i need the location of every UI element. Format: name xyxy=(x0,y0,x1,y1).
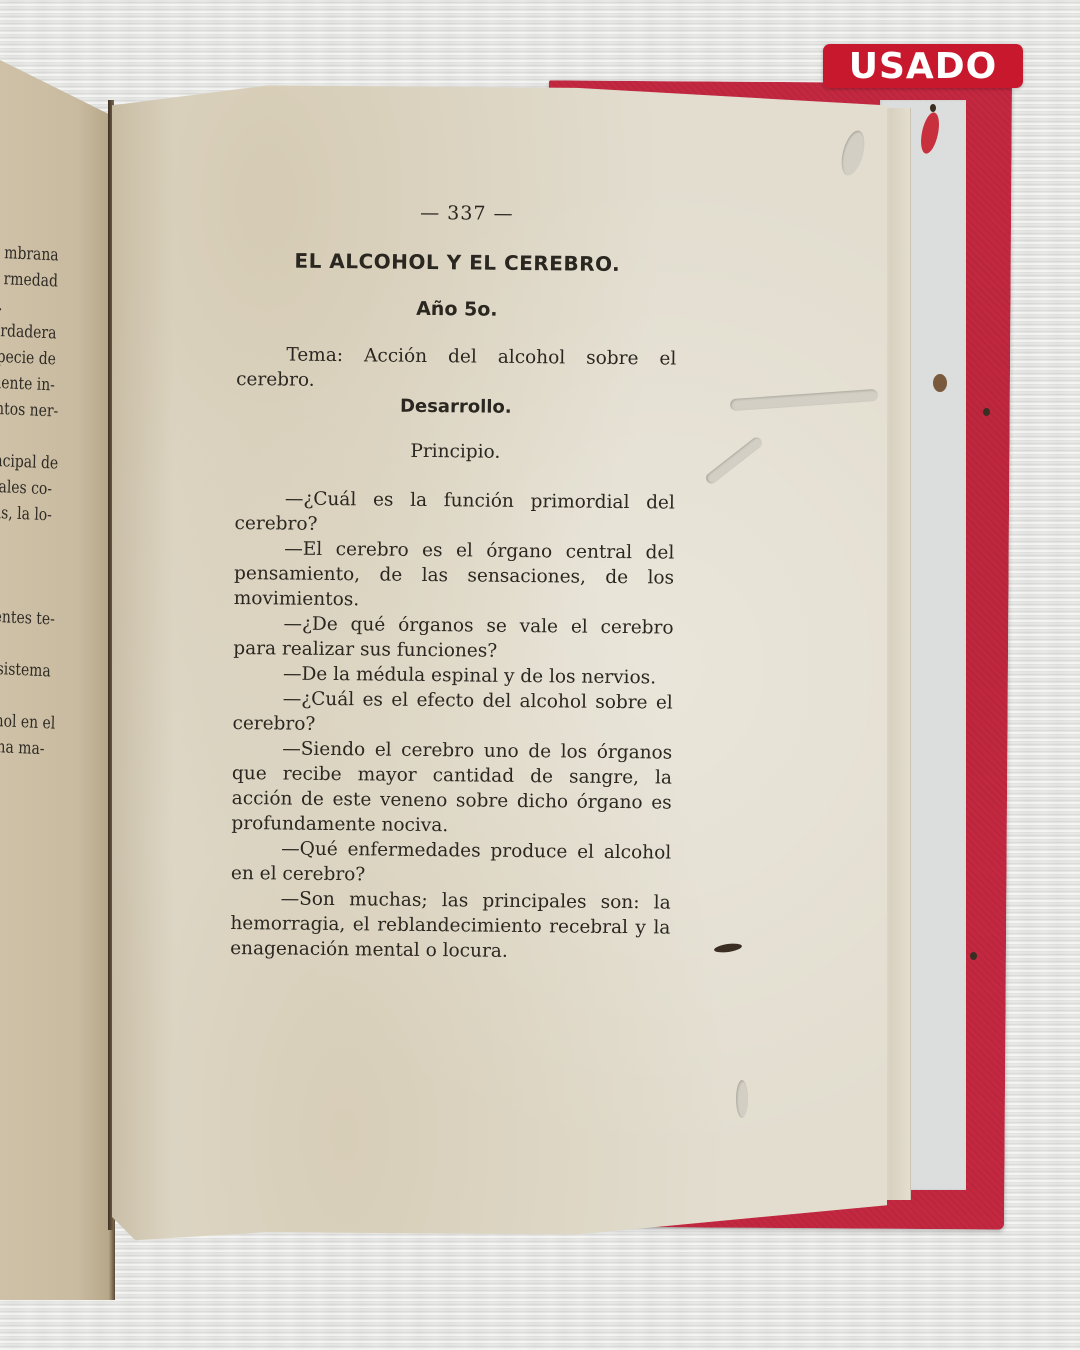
left-line: mbrana xyxy=(0,240,59,268)
left-line: pecie de xyxy=(0,344,56,372)
left-line: rdadera xyxy=(0,318,57,346)
hole xyxy=(983,408,990,416)
left-line: l sistema xyxy=(0,656,47,684)
subsection-heading: Principio. xyxy=(235,439,675,465)
left-line: ientes te- xyxy=(0,604,49,632)
tema-paragraph: Tema: Acción del alcohol sobre el cerebr… xyxy=(236,342,676,397)
chapter-title: EL ALCOHOL Y EL CEREBRO. xyxy=(237,248,677,277)
paragraph: —Qué enfermedades produce el alcohol en … xyxy=(231,836,671,891)
left-line: rmedad xyxy=(0,266,58,294)
hole xyxy=(970,952,977,960)
left-line: una ma- xyxy=(0,734,45,762)
ink-spot xyxy=(930,104,936,112)
left-line: ncipal de xyxy=(0,448,53,476)
left-line: iente in- xyxy=(0,370,55,398)
paper-damage xyxy=(736,1080,748,1118)
section-heading: Desarrollo. xyxy=(236,394,676,420)
ink-spot xyxy=(933,374,947,392)
paragraph: —El cerebro es el órgano central del pen… xyxy=(234,536,675,616)
paragraph: —¿Cuál es la función primordial del cere… xyxy=(234,486,674,541)
paragraph: —¿De qué órganos se vale el cerebro para… xyxy=(233,611,673,666)
left-line: . xyxy=(0,292,58,320)
left-line: tales co- xyxy=(0,474,52,502)
page-number: — 337 — xyxy=(256,200,678,226)
paragraph: —¿Cuál es el efecto del alcohol sobre el… xyxy=(232,686,672,741)
left-line: ns, la lo- xyxy=(0,500,52,528)
used-badge: USADO xyxy=(823,44,1023,88)
left-line: ntos ner- xyxy=(0,396,55,424)
chapter-subtitle: Año 5o. xyxy=(237,296,677,323)
paragraph: —Siendo el cerebro uno de los órganos qu… xyxy=(231,736,672,841)
page-text: — 337 — EL ALCOHOL Y EL CEREBRO. Año 5o.… xyxy=(230,200,678,966)
paragraph: —Son muchas; las principales son: la hem… xyxy=(230,886,671,966)
left-line: ohol en el xyxy=(0,708,46,736)
